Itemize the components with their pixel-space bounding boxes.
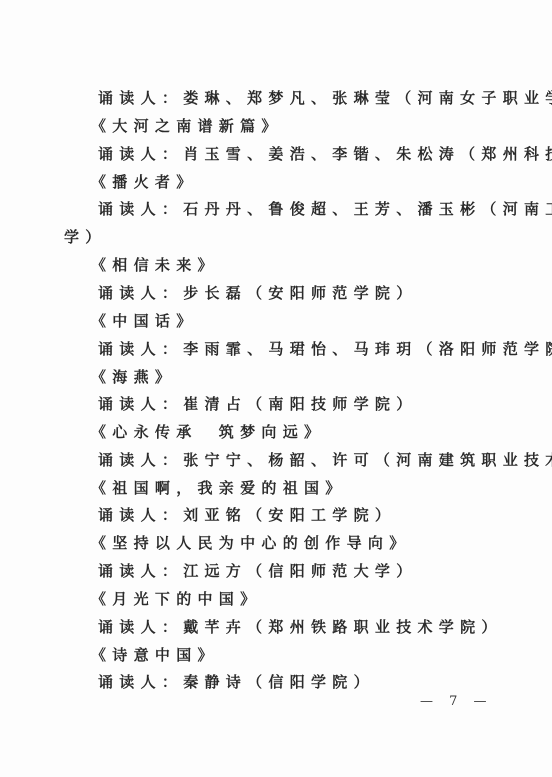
reader-line-continuation: 学） bbox=[64, 227, 107, 247]
reader-line: 诵读人：崔清占（南阳技师学院） bbox=[98, 394, 418, 414]
page-number: — 7 — bbox=[420, 694, 493, 709]
work-title: 《月光下的中国》 bbox=[91, 589, 261, 609]
reader-line: 诵读人：刘亚铭（安阳工学院） bbox=[98, 505, 396, 525]
work-title: 《中国话》 bbox=[91, 311, 198, 331]
reader-line: 诵读人：肖玉雪、姜浩、李锴、朱松涛（郑州科技学院） bbox=[98, 144, 552, 164]
work-title: 《播火者》 bbox=[91, 172, 198, 192]
reader-line: 诵读人：娄琳、郑梦凡、张琳莹（河南女子职业学院） bbox=[98, 88, 552, 108]
work-title: 《海燕》 bbox=[91, 367, 176, 387]
work-title: 《心永传承 筑梦向远》 bbox=[91, 422, 325, 442]
reader-line: 诵读人：秦静诗（信阳学院） bbox=[98, 672, 375, 692]
work-title: 《大河之南谱新篇》 bbox=[91, 116, 283, 136]
work-title: 《坚持以人民为中心的创作导向》 bbox=[91, 533, 411, 553]
reader-line: 诵读人：戴芊卉（郑州铁路职业技术学院） bbox=[98, 617, 503, 637]
work-title: 《诗意中国》 bbox=[91, 645, 219, 665]
reader-line: 诵读人：江远方（信阳师范大学） bbox=[98, 561, 418, 581]
work-title: 《相信未来》 bbox=[91, 255, 219, 275]
reader-line: 诵读人：张宁宁、杨韶、许可（河南建筑职业技术学院） bbox=[98, 450, 552, 470]
work-title: 《祖国啊，我亲爱的祖国》 bbox=[91, 478, 347, 498]
reader-line: 诵读人：石丹丹、鲁俊超、王芳、潘玉彬（河南工业大 bbox=[98, 199, 552, 219]
reader-line: 诵读人：步长磊（安阳师范学院） bbox=[98, 283, 418, 303]
document-page: 诵读人：娄琳、郑梦凡、张琳莹（河南女子职业学院） 《大河之南谱新篇》 诵读人：肖… bbox=[0, 0, 552, 777]
reader-line: 诵读人：李雨霏、马珺怡、马玮玥（洛阳师范学院） bbox=[98, 339, 552, 359]
